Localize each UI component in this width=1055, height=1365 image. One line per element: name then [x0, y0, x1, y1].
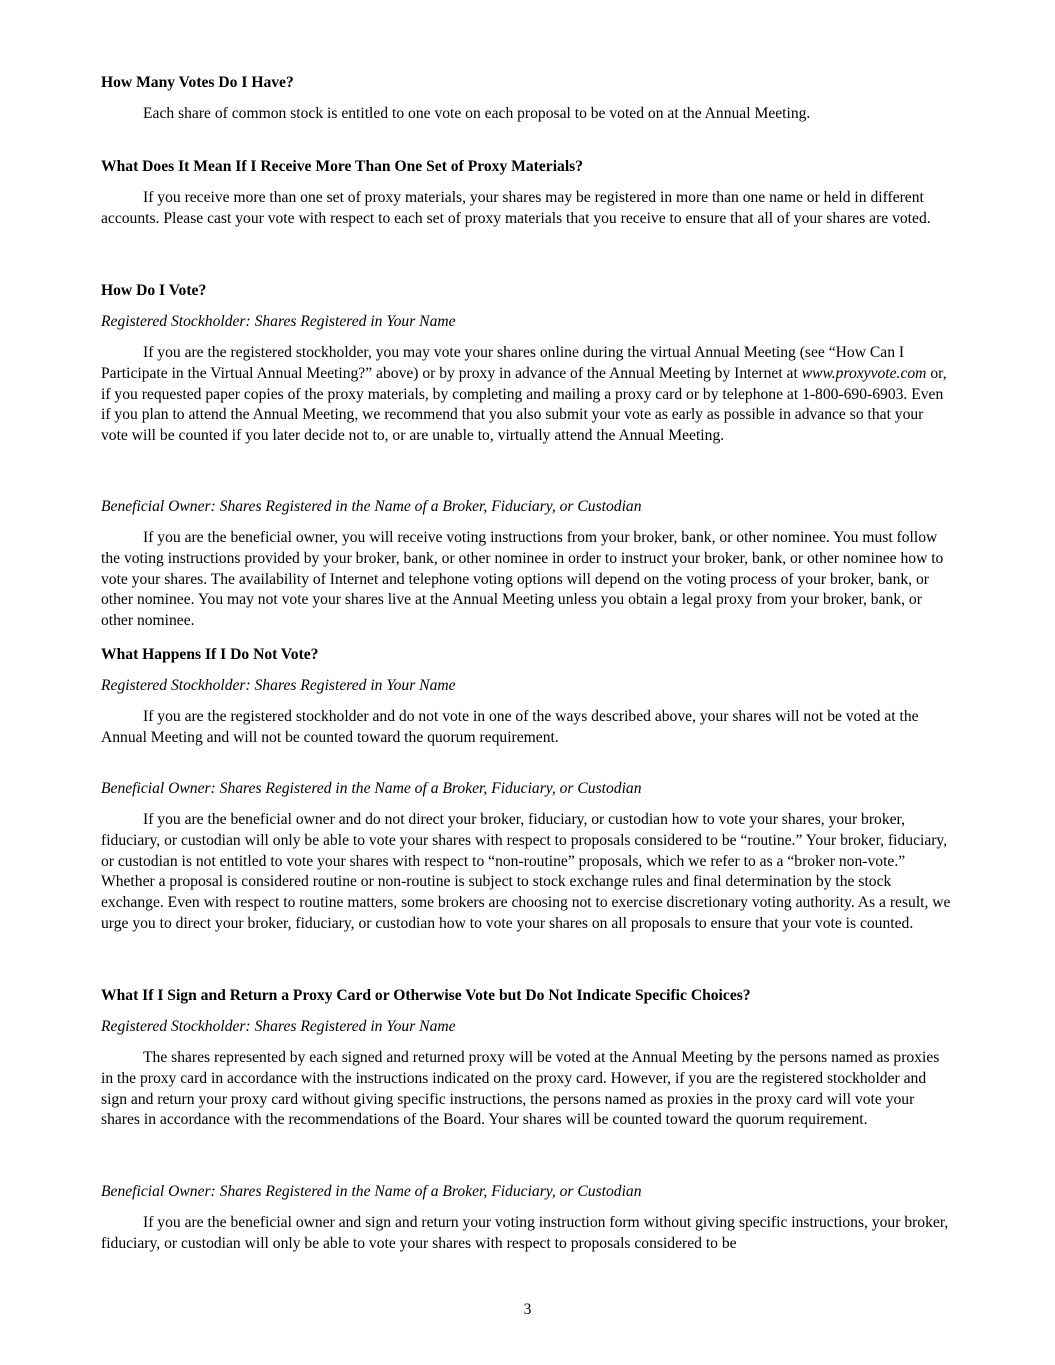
subheading-registered: Registered Stockholder: Shares Registere…	[101, 676, 953, 697]
text: If you are the registered stockholder, y…	[101, 344, 904, 382]
paragraph: If you are the beneficial owner and sign…	[101, 1213, 953, 1255]
paragraph: If you are the registered stockholder an…	[101, 707, 953, 749]
subheading-registered: Registered Stockholder: Shares Registere…	[101, 1017, 953, 1038]
subheading-beneficial: Beneficial Owner: Shares Registered in t…	[101, 779, 953, 800]
paragraph: The shares represented by each signed an…	[101, 1048, 953, 1131]
proxyvote-link: www.proxyvote.com	[802, 365, 927, 382]
subheading-beneficial: Beneficial Owner: Shares Registered in t…	[101, 1182, 953, 1203]
page-number: 3	[0, 1300, 1055, 1321]
paragraph: Each share of common stock is entitled t…	[101, 104, 953, 125]
subheading-registered: Registered Stockholder: Shares Registere…	[101, 312, 953, 333]
paragraph: If you are the beneficial owner and do n…	[101, 810, 953, 935]
paragraph: If you are the beneficial owner, you wil…	[101, 528, 953, 632]
heading-how-vote: How Do I Vote?	[101, 281, 953, 302]
paragraph: If you are the registered stockholder, y…	[101, 343, 953, 447]
subheading-beneficial: Beneficial Owner: Shares Registered in t…	[101, 497, 953, 518]
heading-sign-return: What If I Sign and Return a Proxy Card o…	[101, 986, 953, 1007]
heading-votes: How Many Votes Do I Have?	[101, 73, 953, 94]
heading-not-vote: What Happens If I Do Not Vote?	[101, 645, 953, 666]
heading-multiple-sets: What Does It Mean If I Receive More Than…	[101, 157, 953, 178]
paragraph: If you receive more than one set of prox…	[101, 188, 953, 230]
